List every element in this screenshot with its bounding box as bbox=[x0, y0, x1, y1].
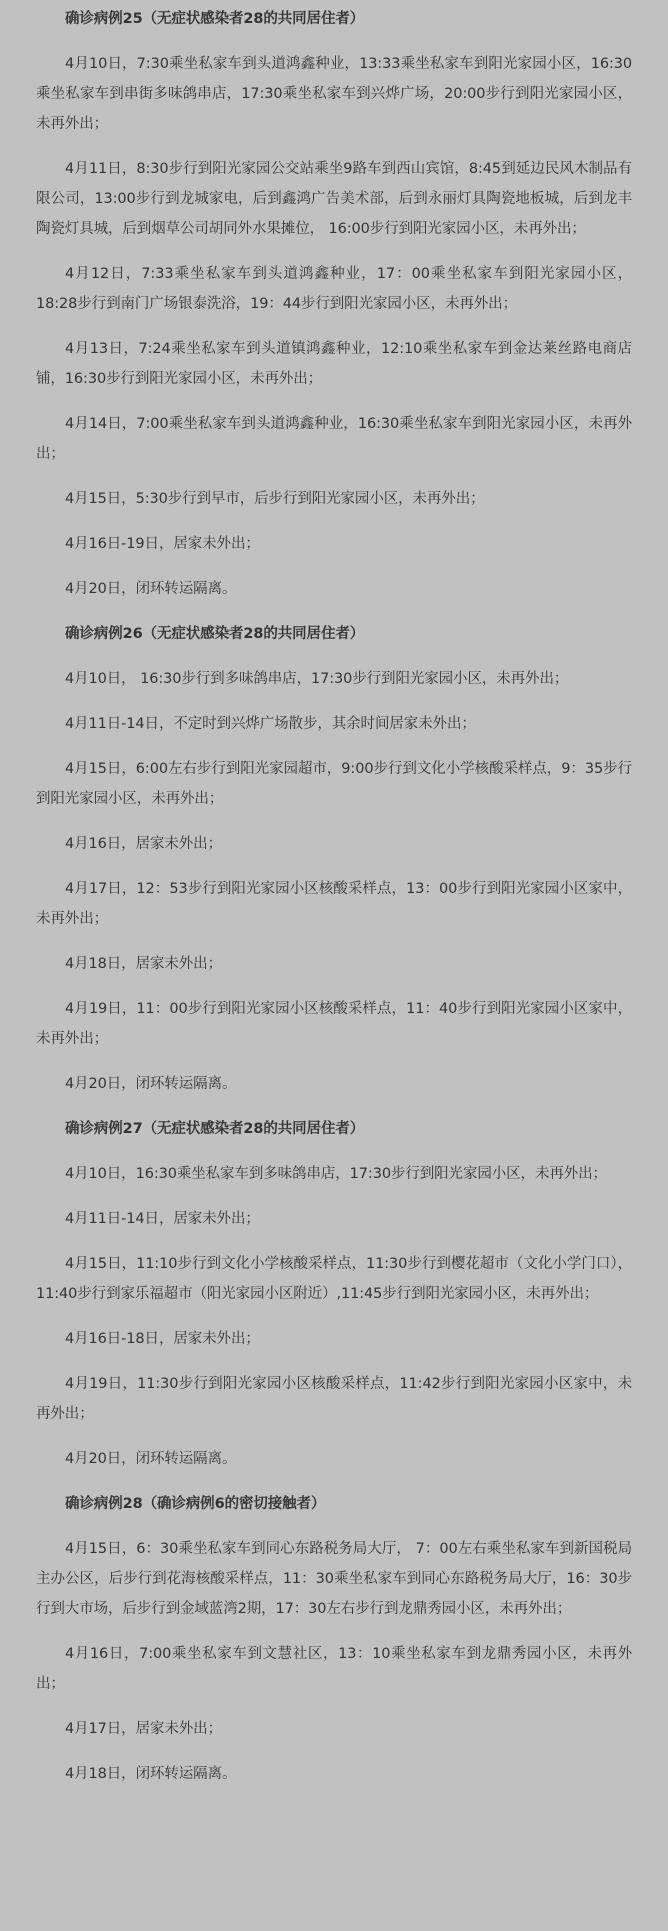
case-heading-25: 确诊病例25（无症状感染者28的共同居住者） bbox=[36, 4, 632, 34]
case-26-paragraph: 4月19日，11：00步行到阳光家园小区核酸采样点，11：40步行到阳光家园小区… bbox=[36, 994, 632, 1054]
case-25-paragraph: 4月14日，7:00乘坐私家车到头道鸿鑫种业，16:30乘坐私家车到阳光家园小区… bbox=[36, 409, 632, 469]
case-27-paragraph: 4月15日，11:10步行到文化小学核酸采样点，11:30步行到樱花超市（文化小… bbox=[36, 1249, 632, 1309]
case-26-paragraph: 4月20日，闭环转运隔离。 bbox=[36, 1069, 632, 1099]
case-27-paragraph: 4月16日-18日，居家未外出； bbox=[36, 1324, 632, 1354]
case-26-paragraph: 4月17日，12：53步行到阳光家园小区核酸采样点，13：00步行到阳光家园小区… bbox=[36, 874, 632, 934]
case-25-paragraph: 4月12日，7:33乘坐私家车到头道鸿鑫种业，17：00乘坐私家车到阳光家园小区… bbox=[36, 259, 632, 319]
case-25-paragraph: 4月13日，7:24乘坐私家车到头道镇鸿鑫种业，12:10乘坐私家车到金达莱丝路… bbox=[36, 334, 632, 394]
case-27-paragraph: 4月11日-14日，居家未外出； bbox=[36, 1204, 632, 1234]
case-25-paragraph: 4月11日，8:30步行到阳光家园公交站乘坐9路车到西山宾馆，8:45到延边民风… bbox=[36, 154, 632, 244]
case-28-paragraph: 4月16日，7:00乘坐私家车到文慧社区，13：10乘坐私家车到龙鼎秀园小区，未… bbox=[36, 1639, 632, 1699]
case-28-paragraph: 4月15日，6：30乘坐私家车到同心东路税务局大厅， 7：00左右乘坐私家车到新… bbox=[36, 1534, 632, 1624]
case-26-paragraph: 4月15日，6:00左右步行到阳光家园超市，9:00步行到文化小学核酸采样点，9… bbox=[36, 754, 632, 814]
case-26-paragraph: 4月10日， 16:30步行到多味鸽串店，17:30步行到阳光家园小区，未再外出… bbox=[36, 664, 632, 694]
document-body: 确诊病例25（无症状感染者28的共同居住者） 4月10日，7:30乘坐私家车到头… bbox=[0, 0, 668, 1789]
case-26-paragraph: 4月18日，居家未外出； bbox=[36, 949, 632, 979]
case-27-paragraph: 4月19日，11:30步行到阳光家园小区核酸采样点，11:42步行到阳光家园小区… bbox=[36, 1369, 632, 1429]
case-25-paragraph: 4月15日，5:30步行到早市，后步行到阳光家园小区，未再外出； bbox=[36, 484, 632, 514]
case-heading-27: 确诊病例27（无症状感染者28的共同居住者） bbox=[36, 1114, 632, 1144]
case-heading-26: 确诊病例26（无症状感染者28的共同居住者） bbox=[36, 619, 632, 649]
case-26-paragraph: 4月16日，居家未外出； bbox=[36, 829, 632, 859]
case-28-paragraph: 4月18日，闭环转运隔离。 bbox=[36, 1759, 632, 1789]
case-26-paragraph: 4月11日-14日，不定时到兴烨广场散步，其余时间居家未外出； bbox=[36, 709, 632, 739]
case-25-paragraph: 4月16日-19日，居家未外出； bbox=[36, 529, 632, 559]
case-heading-28: 确诊病例28（确诊病例6的密切接触者） bbox=[36, 1489, 632, 1519]
case-25-paragraph: 4月10日，7:30乘坐私家车到头道鸿鑫种业，13:33乘坐私家车到阳光家园小区… bbox=[36, 49, 632, 139]
case-27-paragraph: 4月10日，16:30乘坐私家车到多味鸽串店，17:30步行到阳光家园小区，未再… bbox=[36, 1159, 632, 1189]
case-28-paragraph: 4月17日，居家未外出； bbox=[36, 1714, 632, 1744]
case-25-paragraph: 4月20日，闭环转运隔离。 bbox=[36, 574, 632, 604]
case-27-paragraph: 4月20日，闭环转运隔离。 bbox=[36, 1444, 632, 1474]
